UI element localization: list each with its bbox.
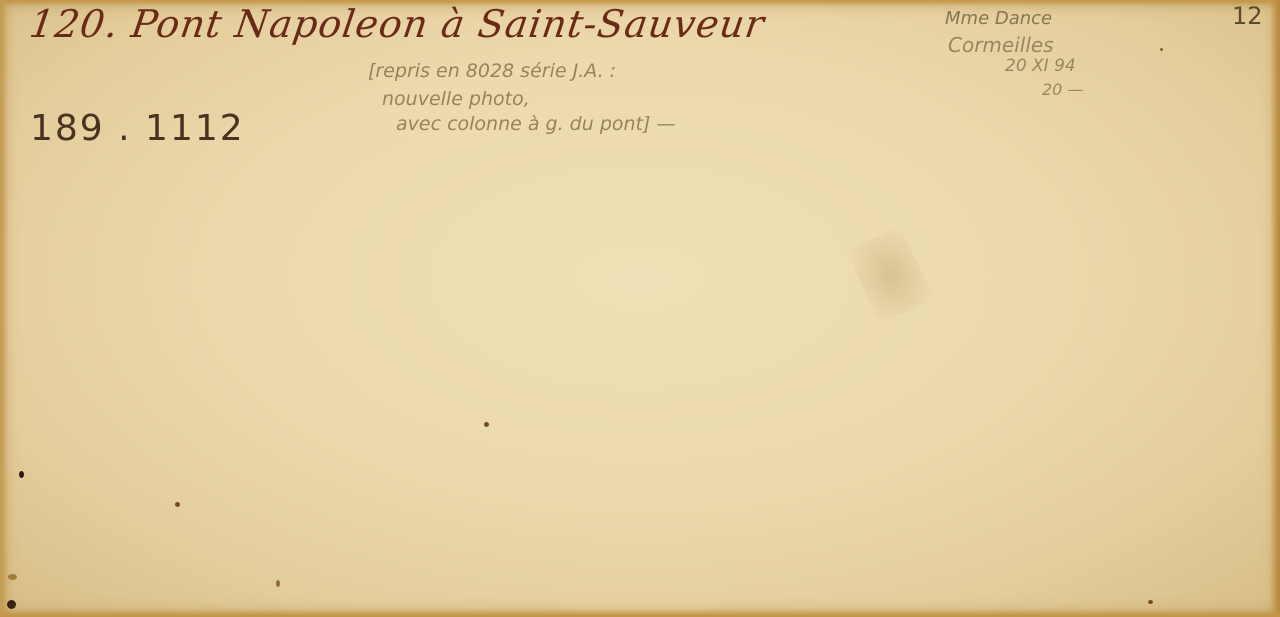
pencil-note-line-2: nouvelle photo,: [382, 88, 530, 110]
pencil-note-line-3: avec colonne à g. du pont] —: [396, 113, 675, 135]
card-back: 120. Pont Napoleon à Saint-Sauveur 189 .…: [0, 0, 1280, 617]
foxing-spot: [484, 422, 489, 427]
corner-number: 12: [1232, 2, 1263, 30]
foxing-spot: [175, 502, 180, 507]
foxing-spot: [276, 580, 280, 587]
foxing-spot: [19, 471, 24, 478]
aged-right-edge: [1270, 0, 1280, 617]
owner-note-line-1: Mme Dance: [945, 8, 1052, 29]
foxing-spot: [1148, 600, 1153, 604]
pencil-note-line-1: [repris en 8028 série J.A. :: [368, 60, 616, 82]
card-title: 120. Pont Napoleon à Saint-Sauveur: [27, 2, 768, 46]
owner-note-line-2: Cormeilles: [948, 33, 1054, 57]
owner-note-price: 20 —: [1042, 80, 1083, 99]
foxing-spot: [7, 600, 16, 609]
aged-bottom-edge: [0, 609, 1280, 617]
foxing-spot: [1160, 48, 1163, 51]
owner-note-date: 20 XI 94: [1005, 56, 1076, 76]
aged-left-edge: [0, 0, 8, 617]
foxing-spot: [8, 574, 17, 580]
paper-smudge: [846, 226, 934, 324]
catalog-number: 189 . 1112: [30, 108, 245, 149]
